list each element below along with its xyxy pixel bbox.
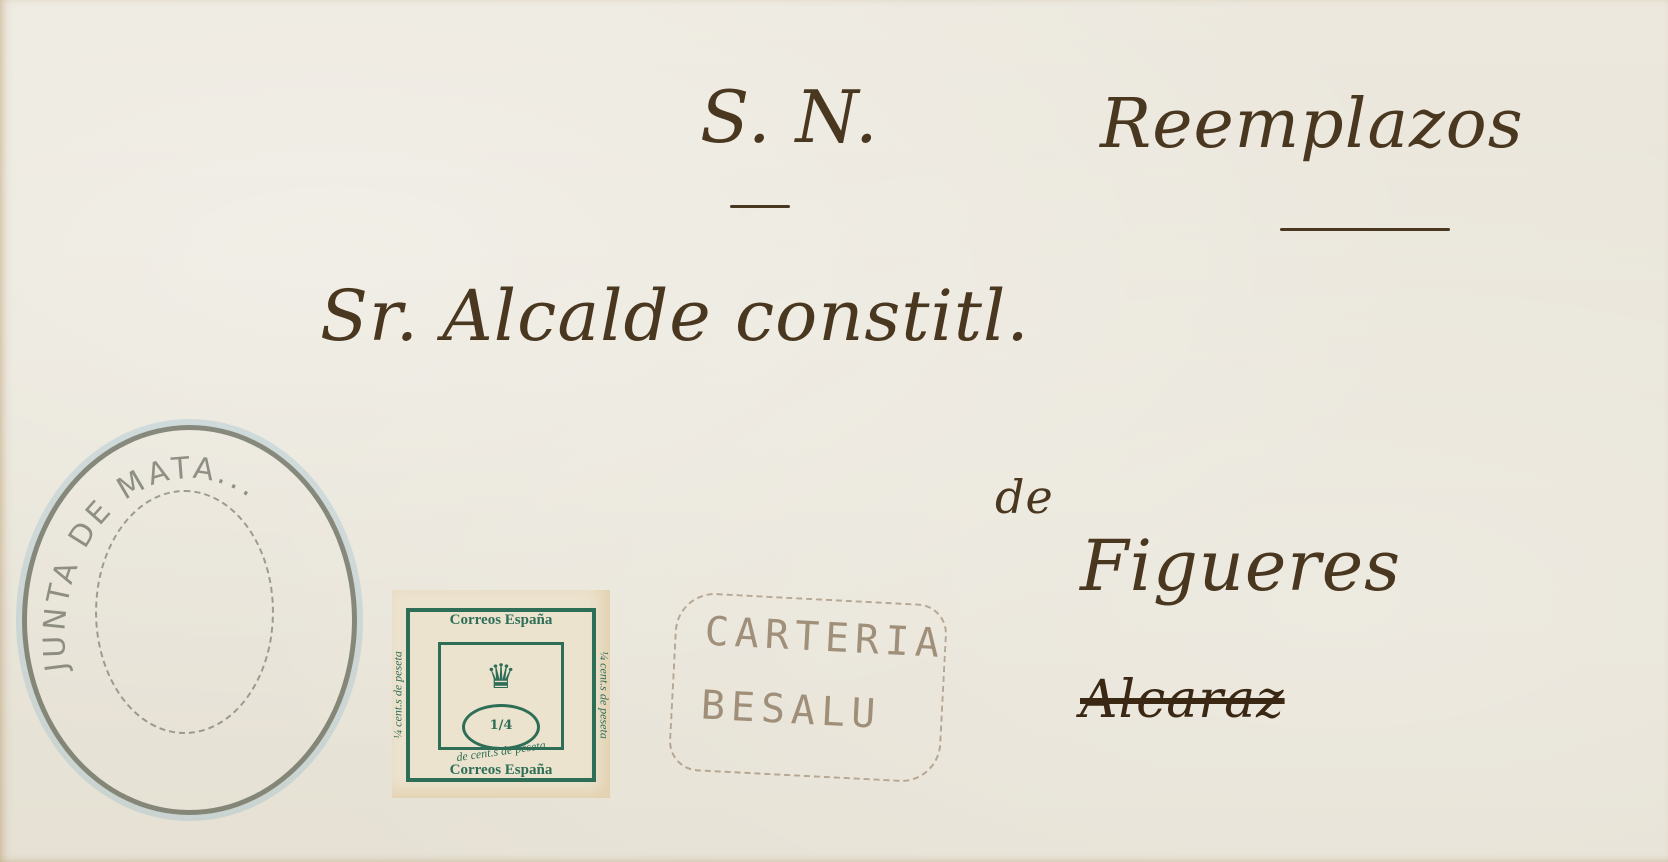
stamp-frame: Correos España Correos España ¼ cent.s d… (406, 608, 596, 782)
postmark-line2: BESALU (700, 682, 883, 737)
postmark-carteria: CARTERIA BESALU (668, 591, 949, 784)
address-line1-left: S. N. (700, 75, 879, 159)
postage-stamp: Correos España Correos España ¼ cent.s d… (392, 590, 610, 798)
address-line1-right: Reemplazos (1100, 85, 1524, 164)
address-line2: Sr. Alcalde constitl. (320, 275, 1030, 357)
stamp-right-text: ¼ cent.s de peseta (597, 651, 612, 739)
stamp-bottom-text: Correos España (410, 762, 592, 779)
seal-text: JUNTA DE MATA... (27, 430, 352, 810)
address-line3-place: Figueres (1080, 525, 1401, 607)
stamp-left-text: ¼ cent.s de peseta (390, 651, 405, 739)
address-line3-prefix: de (995, 470, 1054, 524)
official-seal: JUNTA DE MATA... (22, 425, 357, 815)
underline-sn (730, 205, 790, 208)
envelope: S. N. Reemplazos Sr. Alcalde constitl. d… (0, 0, 1668, 862)
svg-text:JUNTA DE MATA...: JUNTA DE MATA... (37, 451, 267, 676)
underline-reemplazos (1280, 228, 1450, 231)
crown-icon: ♛ (486, 660, 516, 694)
postmark-line1: CARTERIA (704, 609, 947, 668)
crossed-out-word: Alcaraz (1080, 670, 1285, 730)
stamp-top-text: Correos España (410, 612, 592, 629)
